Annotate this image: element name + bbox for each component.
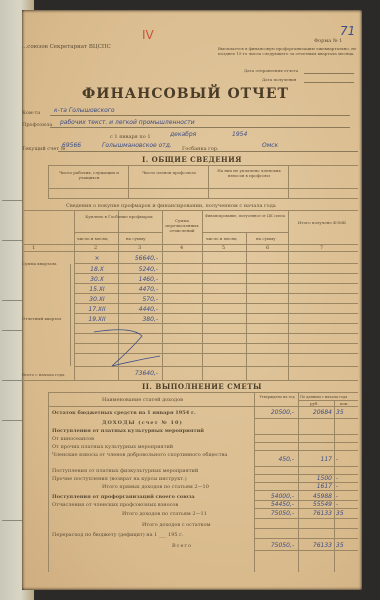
stamps-g1-amount-header: на сумму: [126, 236, 146, 242]
s2-row-kop: -: [336, 475, 348, 482]
s2-row-kop: 35: [336, 542, 348, 549]
s2-row-label: Поступления от платных физкультурных мер…: [52, 468, 198, 474]
stamps-g2-date-header: число и месяц: [206, 236, 237, 242]
s2-rub-header: руб.: [310, 401, 319, 407]
row-label-quarter-sum: Сумма квартала: [22, 261, 57, 267]
col-num-7: 7: [320, 245, 323, 251]
bank-city-value[interactable]: Омск: [262, 142, 278, 149]
s2-row-rub: 117: [300, 456, 332, 463]
section-2-title: II. ВЫПОЛНЕНИЕ СМЕТЫ: [142, 382, 262, 391]
date-sent-label: Дата отправления отчета: [244, 68, 298, 74]
s2-row-approved: 75050,-: [256, 542, 294, 549]
bank-branch-value[interactable]: Голышмановское отд.: [102, 142, 172, 149]
s2-row-approved: 75050,-: [256, 510, 294, 517]
stamp-row-date: 19.XII: [82, 316, 112, 323]
corner-mark: 71: [340, 24, 355, 38]
s2-actual-header: По данным с начала года: [300, 394, 347, 400]
s2-row-rub: 1500: [300, 475, 332, 482]
col-num-2: 2: [94, 245, 97, 251]
document-page: ...союзов Секретариат ВЦСПС IV Форма № 1…: [22, 10, 362, 590]
s2-row-approved: 54000,-: [256, 493, 294, 500]
stamp-row-date: ×: [82, 255, 112, 262]
row-label-year-total: Всего с начала года: [22, 372, 64, 378]
stamp-row-amount: 56640,-: [120, 255, 158, 262]
stamp-row-date: 17.XII: [82, 306, 112, 313]
stamp-row-date: 30.Х: [82, 276, 112, 283]
s2-approved-header: Утверждено на год: [258, 395, 296, 400]
s2-row-rub: 76133: [300, 542, 332, 549]
form-number: Форма № 1: [314, 38, 342, 44]
date-received-label: Дата получения: [262, 77, 296, 83]
committee-value[interactable]: к-та Голышовского: [54, 107, 115, 114]
s2-row-label: Остаток бюджетных средств на 1 января 19…: [52, 410, 196, 416]
s2-row-label: Поступления от профорганизаций своего со…: [52, 494, 195, 500]
account-value[interactable]: 69566: [62, 142, 81, 149]
s2-row-kop: 35: [336, 510, 348, 517]
s2-name-header: Наименование статей доходов: [102, 397, 183, 403]
s2-row-rub: 20684: [300, 409, 332, 416]
instruction-text: Высылается в финансовую профорганизацию …: [218, 46, 358, 56]
stamp-row-date: 30.XI: [82, 296, 112, 303]
col-num-3: 3: [138, 245, 141, 251]
committee-label: Ком-та: [22, 110, 40, 116]
section-1-title: I. ОБЩИЕ СВЕДЕНИЯ: [142, 155, 242, 164]
s1-col-workers: Число рабочих, служащих и учащихся: [52, 170, 126, 180]
s2-row-label: От киносеансов: [52, 436, 94, 442]
s2-row-label: От прочих платных культурных мероприятий: [52, 444, 173, 450]
stamp-row-date: 15.XI: [82, 286, 112, 293]
s2-row-kop: -: [336, 483, 348, 490]
s2-row-approved: 54450,-: [256, 501, 294, 508]
stamps-caption: Сведения о покупке профмарок и финансиро…: [66, 203, 276, 209]
stamps-total: 73640,-: [120, 370, 158, 377]
s2-row-kop: -: [336, 493, 348, 500]
org-line: ...союзов Секретариат ВЦСПС: [22, 44, 111, 50]
stamp-row-date: 18.Х: [82, 266, 112, 273]
stamps-g2-amount-header: на сумму: [256, 236, 276, 242]
row-label-reporting-quarter: Отчетный квартал: [22, 316, 61, 322]
period-value[interactable]: декабря: [170, 131, 196, 138]
s2-row-rub: 55549: [300, 501, 332, 508]
s2-row-label: Членские взносы от членов добровольного …: [52, 452, 252, 458]
s1-col-members: Число членов профсоюза: [132, 170, 206, 175]
stamp-row-amount: 4470,-: [120, 286, 158, 293]
s2-row-approved: 20500,-: [256, 409, 294, 416]
s2-row-kop: -: [336, 456, 348, 463]
union-label: Профсоюза: [22, 122, 52, 128]
stamps-group2-header: Финансирование, полученное от ЦК союза: [204, 214, 286, 219]
col-num-6: 6: [266, 245, 269, 251]
col-num-1: 1: [32, 245, 35, 251]
stamps-total-header: Итого получено ФЗМК: [292, 220, 352, 225]
stamp-row-amount: 4440,-: [120, 306, 158, 313]
stamp-row-amount: 380,-: [120, 316, 158, 323]
year-value[interactable]: 1954: [232, 131, 247, 138]
col-num-4: 4: [180, 245, 183, 251]
s2-kop-header: коп.: [340, 401, 349, 407]
s2-row-rub: 1617: [300, 483, 332, 490]
document-title: ФИНАНСОВЫЙ ОТЧЕТ: [82, 86, 289, 102]
s2-row-label: Перерасход по бюджету (дефицит) на 1 ___…: [52, 532, 183, 538]
union-value[interactable]: рабочих текст. и легкой промышленности: [60, 119, 195, 126]
strike-through-mark: [92, 328, 162, 370]
s2-row-label: Поступления от платных культурных меропр…: [52, 428, 204, 434]
s2-row-rub: 76133: [300, 510, 332, 517]
s2-row-approved: 450,-: [256, 456, 294, 463]
s2-row-kop: 35: [336, 409, 348, 416]
s2-row-label: Прочие поступления (возврат на курсы инс…: [52, 476, 187, 482]
s2-row-kop: -: [336, 501, 348, 508]
s2-row-label: Отчисления от членских профсоюзных взнос…: [52, 502, 178, 508]
s1-col-unpaid: На них не уплачено членских взносов в пр…: [212, 168, 286, 178]
stamp-mark: IV: [142, 28, 154, 42]
stamps-sum-header: Сумма перечисленных отчислений: [164, 218, 200, 233]
s2-row-rub: 45988: [300, 493, 332, 500]
stamp-row-amount: 5240,-: [120, 266, 158, 273]
col-num-5: 5: [222, 245, 225, 251]
stamps-g1-date-header: число и месяц: [77, 236, 108, 242]
s2-row-label: Всего: [172, 543, 192, 549]
period-prefix: с 1 января по 1: [110, 134, 151, 140]
s2-row-label: Итого доходов по статьям 2—11: [122, 511, 207, 517]
s2-row-label: ДОХОДЫ (счет № 10): [102, 420, 183, 426]
stamp-row-amount: 570,-: [120, 296, 158, 303]
stamp-row-amount: 1460,-: [120, 276, 158, 283]
s2-row-label: Итого прямых доходов по статьям 2—10: [102, 484, 209, 490]
s2-row-label: Итого доходов с остатком: [142, 522, 211, 528]
stamps-group1-header: Куплено в Госбанке профмарок: [80, 214, 158, 219]
